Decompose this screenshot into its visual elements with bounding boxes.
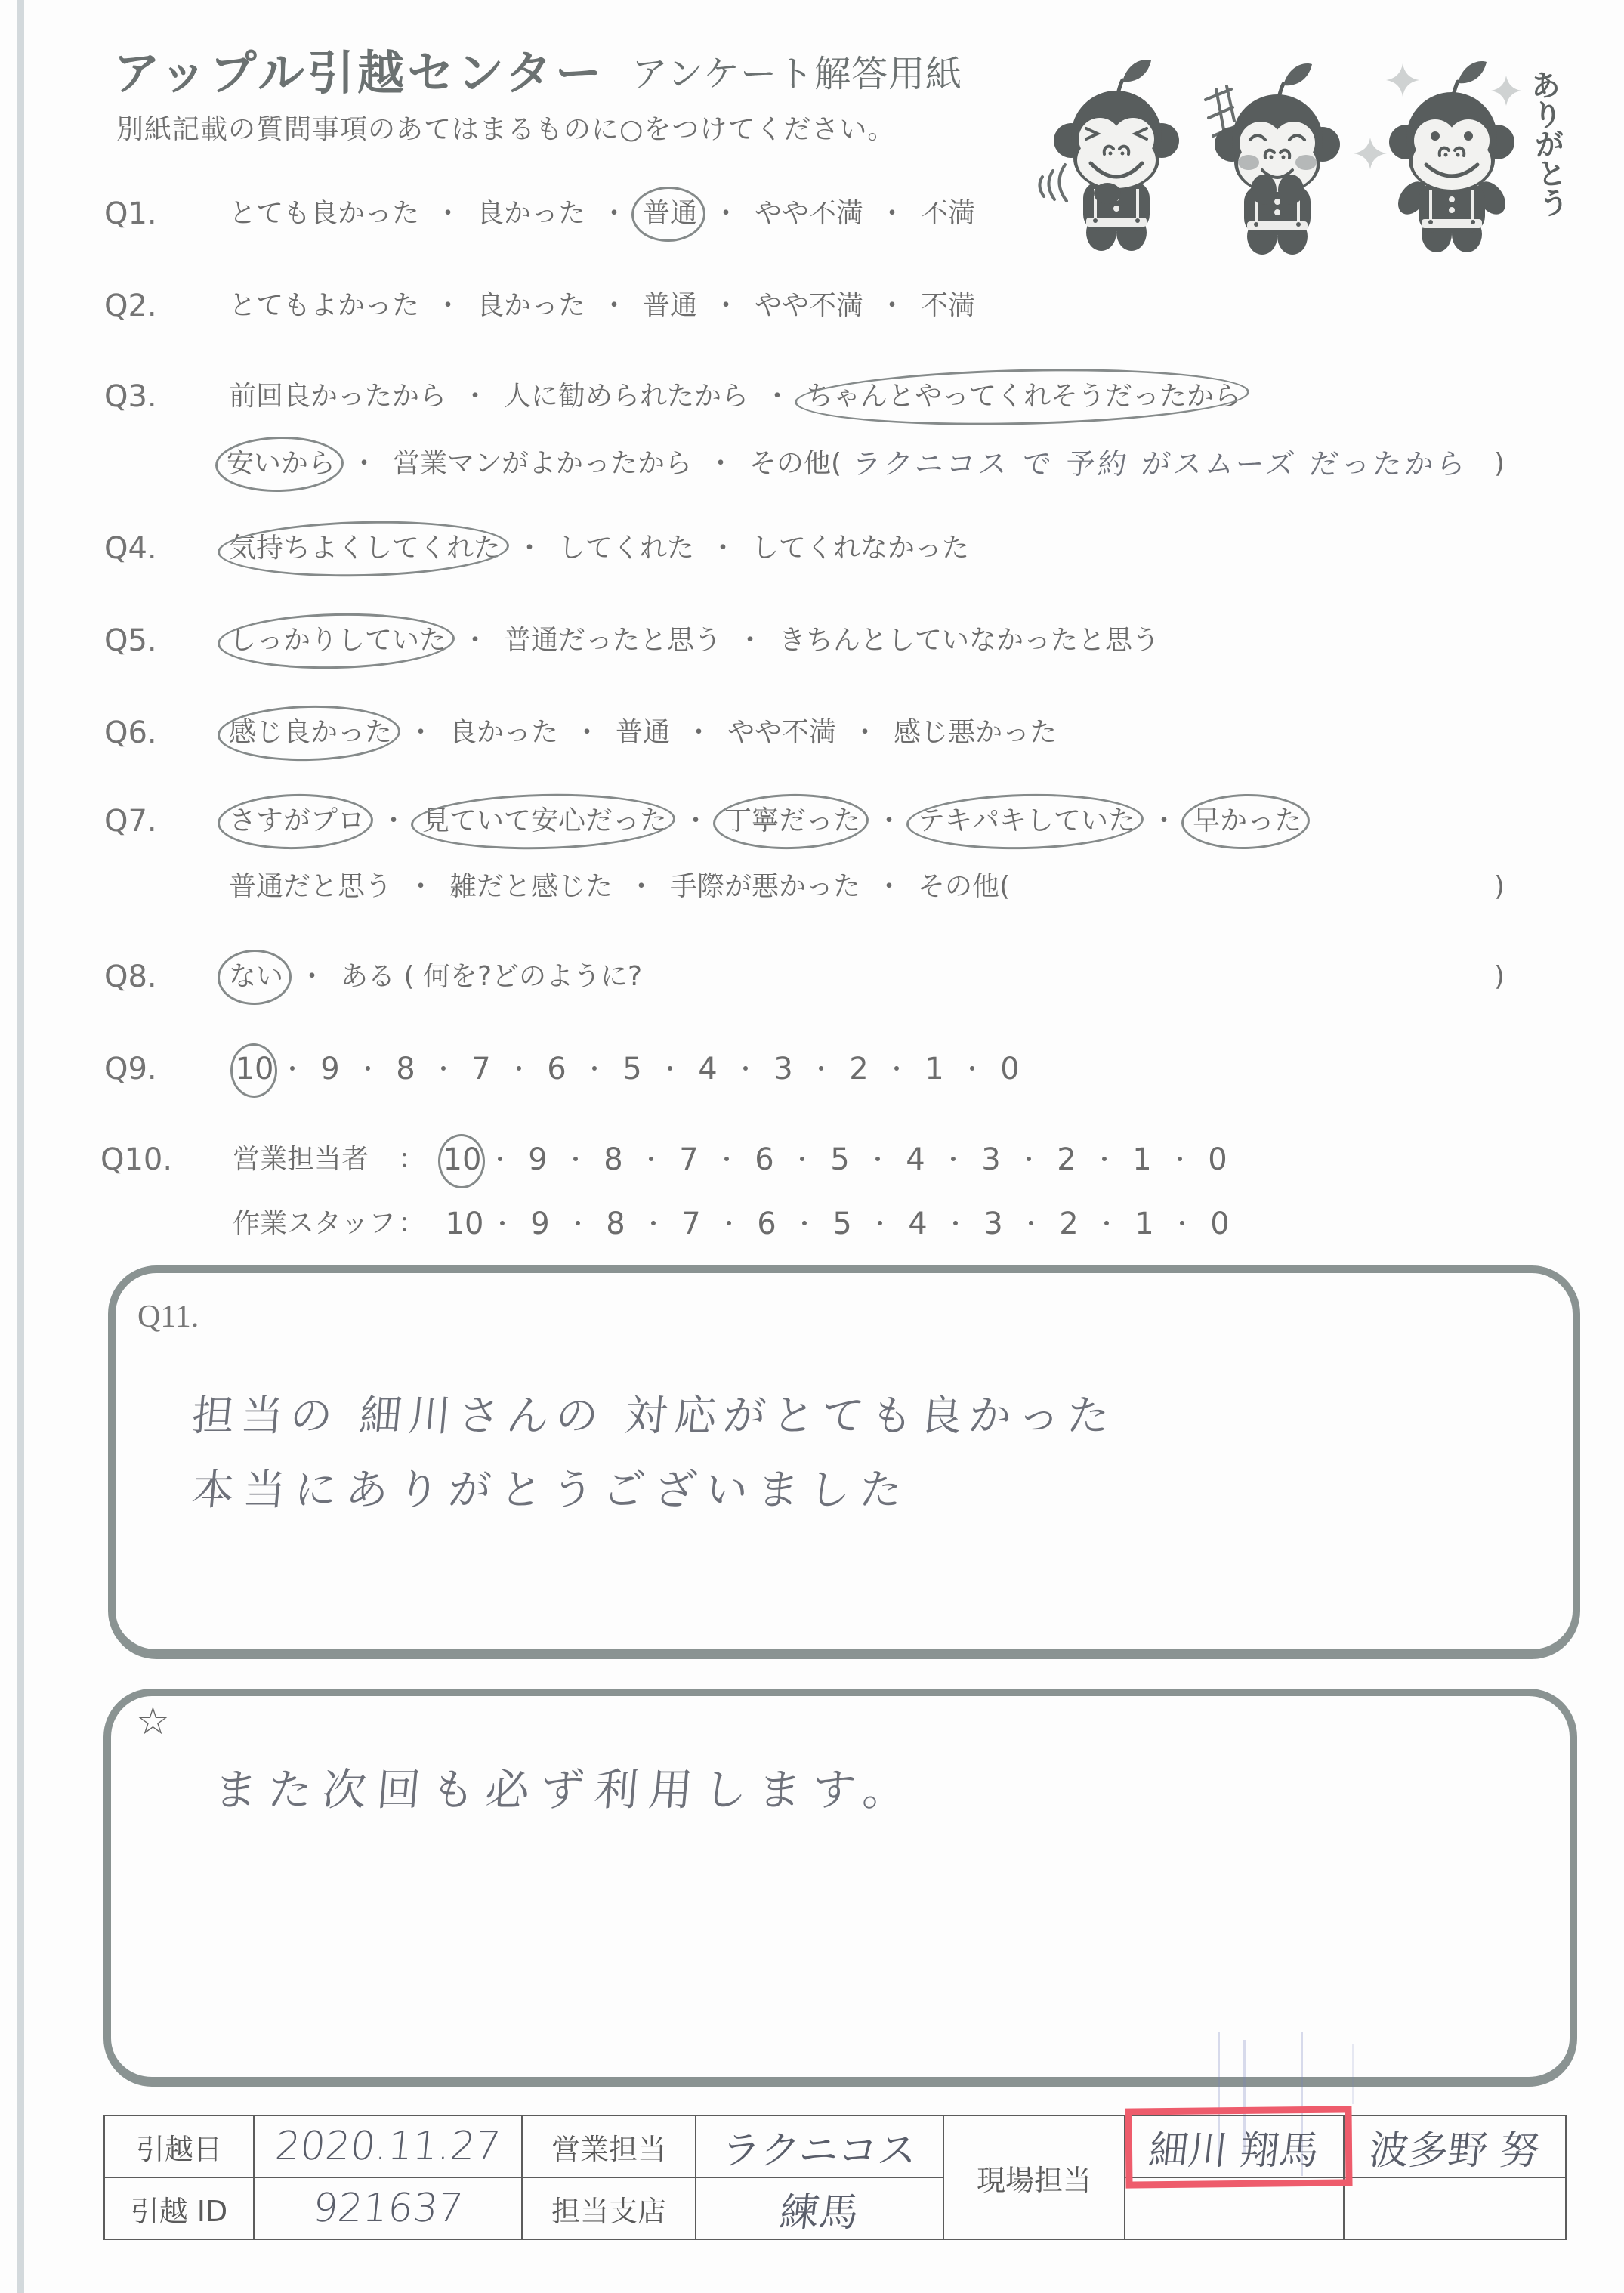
question-label: Q7.: [104, 799, 157, 844]
separator: ・: [1086, 1137, 1122, 1182]
separator: ・: [697, 283, 755, 329]
free-comment-box: [103, 1689, 1577, 2087]
q11-label: Q11.: [137, 1298, 199, 1336]
move-date-label: 引越日: [104, 2115, 254, 2177]
rating-value: 3: [971, 1137, 1011, 1182]
question-q10-sales: Q10. 営業担当者 ： 10 ・ 9 ・ 8 ・ 7 ・ 6 ・ 5 ・ 4 …: [0, 1137, 1624, 1182]
survey-sheet: アップル引越センター アンケート解答用紙 別紙記載の質問事項のあてはまるものに○…: [0, 0, 1624, 2293]
separator: ・: [392, 864, 449, 910]
option: 普通だったと思う: [504, 618, 721, 663]
rating-value: 8: [386, 1046, 425, 1092]
question-q5: Q5. しっかりしていた ・ 普通だったと思う ・ きちんとしていなかったと思う: [0, 618, 1624, 663]
separator: ・: [692, 441, 749, 487]
options: さすがプロ ・ 見ていて安心だった ・ 丁寧だった ・ テキパキしていた ・ 早…: [229, 799, 1301, 844]
rating-scale: 10 ・ 9 ・ 8 ・ 7 ・ 6 ・ 5 ・ 4 ・ 3 ・ 2 ・ 1 ・…: [443, 1137, 1237, 1182]
branch-label: 担当支店: [522, 2177, 696, 2239]
rating-value: 3: [974, 1201, 1013, 1247]
close-paren: ): [1494, 954, 1505, 1000]
rating-value: 10: [235, 1046, 274, 1092]
separator: ・: [878, 1046, 915, 1092]
field-staff-value: 波多野 努: [1341, 2115, 1570, 2177]
option: 安いから: [227, 441, 335, 487]
separator: ・: [863, 283, 921, 329]
option-other: ある ( 何を?どのように?: [341, 954, 642, 1000]
options: 感じ良かった ・ 良かった ・ 普通 ・ やや不満 ・ 感じ悪かった: [229, 710, 1057, 756]
rating-value: 5: [820, 1137, 860, 1182]
rating-value: 0: [990, 1046, 1030, 1092]
separator: ・: [419, 191, 477, 236]
question-label: Q5.: [104, 618, 157, 663]
rating-value: 6: [537, 1046, 576, 1092]
question-q4: Q4. 気持ちよくしてくれた ・ してくれた ・ してくれなかった: [0, 526, 1624, 571]
rating-value: 1: [915, 1046, 954, 1092]
rating-value: 7: [462, 1046, 501, 1092]
branch-value: 練馬: [693, 2177, 947, 2239]
option: 普通: [643, 283, 697, 329]
question-q2: Q2. とてもよかった ・ 良かった ・ 普通 ・ やや不満 ・ 不満: [0, 283, 1624, 329]
options: とてもよかった ・ 良かった ・ 普通 ・ やや不満 ・ 不満: [229, 283, 975, 329]
option: とてもよかった: [229, 283, 419, 329]
rating-value: 5: [823, 1201, 862, 1247]
option: やや不満: [727, 710, 836, 756]
colon: ：: [398, 1201, 425, 1247]
question-q7-continued: 普通だと思う ・ 雑だと感じた ・ 手際が悪かった ・ その他( ): [0, 864, 1624, 910]
rating-value: 8: [594, 1137, 633, 1182]
separator: ・: [860, 864, 918, 910]
brand-title: アップル引越センター: [113, 45, 605, 102]
separator: ・: [446, 618, 504, 663]
options: しっかりしていた ・ 普通だったと思う ・ きちんとしていなかったと思う: [229, 618, 1159, 663]
separator: ・: [803, 1046, 839, 1092]
question-label: Q10.: [100, 1137, 172, 1182]
question-q3: Q3. 前回良かったから ・ 人に勧められたから ・ ちゃんとやってくれそうだっ…: [0, 374, 1624, 419]
rating-value: 9: [518, 1137, 557, 1182]
rating-value: 2: [839, 1046, 878, 1092]
separator: ・: [954, 1046, 990, 1092]
separator: ・: [283, 954, 341, 1000]
scan-artifact: [1352, 2044, 1354, 2104]
separator: ・: [697, 191, 755, 236]
separator: ・: [484, 1201, 520, 1247]
rating-value: 7: [669, 1137, 709, 1182]
options: 気持ちよくしてくれた ・ してくれた ・ してくれなかった: [229, 526, 969, 571]
question-label: Q1.: [104, 191, 157, 236]
separator: ・: [863, 191, 921, 236]
question-q10-staff: 作業スタッフ ： 10 ・ 9 ・ 8 ・ 7 ・ 6 ・ 5 ・ 4 ・ 3 …: [0, 1201, 1624, 1247]
separator: ・: [1013, 1201, 1049, 1247]
close-paren: ): [1494, 864, 1505, 910]
rating-value: 2: [1049, 1201, 1088, 1247]
document-title: アンケート解答用紙: [631, 51, 962, 97]
option: 普通だと思う: [229, 864, 392, 910]
rating-value: 10: [443, 1137, 482, 1182]
option: 雑だと感じた: [449, 864, 613, 910]
option-other: その他(: [918, 864, 1010, 910]
option: 不満: [921, 191, 975, 236]
rating-target-label: 作業スタッフ: [233, 1201, 396, 1247]
options: 安いから ・ 営業マンがよかったから ・ その他( ラクニコス で 予約 がスム…: [227, 441, 1468, 487]
rating-value: 9: [310, 1046, 350, 1092]
option: やや不満: [755, 191, 863, 236]
rating-value: 5: [613, 1046, 652, 1092]
option: 前回良かったから: [229, 374, 446, 419]
rating-scale: 10 ・ 9 ・ 8 ・ 7 ・ 6 ・ 5 ・ 4 ・ 3 ・ 2 ・ 1 ・…: [445, 1201, 1240, 1247]
instruction-text: 別紙記載の質問事項のあてはまるものに○をつけてください。: [116, 113, 895, 147]
separator: ・: [482, 1137, 518, 1182]
separator: ・: [1164, 1201, 1200, 1247]
options: 普通だと思う ・ 雑だと感じた ・ 手際が悪かった ・ その他(: [229, 864, 1010, 910]
sales-rep-value: ラクニコス: [693, 2115, 947, 2177]
question-q7: Q7. さすがプロ ・ 見ていて安心だった ・ 丁寧だった ・ テキパキしていた…: [0, 799, 1624, 844]
separator: ・: [1088, 1201, 1125, 1247]
handwritten-other-answer: ラクニコス で 予約 がスムーズ だったから: [850, 441, 1471, 487]
handwritten-comment-line: 本当にありがとうございました: [190, 1468, 912, 1513]
separator: ・: [350, 1046, 386, 1092]
close-paren: ): [1494, 441, 1505, 487]
option: 感じ悪かった: [894, 710, 1057, 756]
rating-value: 0: [1200, 1201, 1240, 1247]
question-q9: Q9. 10 ・ 9 ・ 8 ・ 7 ・ 6 ・ 5 ・ 4 ・ 3 ・ 2 ・…: [0, 1046, 1624, 1092]
separator: ・: [425, 1046, 462, 1092]
colon: ：: [398, 1137, 425, 1182]
separator: ・: [557, 1137, 594, 1182]
option: ない: [229, 954, 283, 1000]
rating-value: 1: [1125, 1201, 1164, 1247]
separator: ・: [576, 1046, 613, 1092]
option: ちゃんとやってくれそうだったから: [806, 374, 1241, 419]
move-id-label: 引越 ID: [104, 2177, 254, 2239]
separator: ・: [635, 1201, 672, 1247]
question-label: Q3.: [104, 374, 157, 419]
separator: ・: [585, 283, 643, 329]
rating-value: 4: [898, 1201, 937, 1247]
separator: ・: [711, 1201, 747, 1247]
field-staff-label: 現場担当: [943, 2115, 1125, 2239]
rating-target-label: 営業担当者: [233, 1137, 369, 1182]
option: 良かった: [477, 191, 585, 236]
rating-value: 9: [520, 1201, 560, 1247]
rating-value: 7: [672, 1201, 711, 1247]
question-label: Q8.: [104, 954, 157, 1000]
separator: ・: [335, 441, 393, 487]
separator: ・: [694, 526, 752, 571]
question-label: Q6.: [104, 710, 157, 756]
separator: ・: [613, 864, 670, 910]
option: 良かった: [477, 283, 585, 329]
separator: ・: [862, 1201, 898, 1247]
option: 見ていて安心だった: [422, 799, 667, 844]
options: 前回良かったから ・ 人に勧められたから ・ ちゃんとやってくれそうだったから: [229, 374, 1241, 419]
question-label: Q4.: [104, 526, 157, 571]
separator: ・: [501, 1046, 537, 1092]
rating-value: 4: [896, 1137, 935, 1182]
separator: ・: [709, 1137, 745, 1182]
separator: ・: [836, 710, 894, 756]
option: やや不満: [755, 283, 863, 329]
separator: ・: [558, 710, 616, 756]
option: してくれなかった: [752, 526, 969, 571]
question-label: Q9.: [104, 1046, 157, 1092]
star-icon: ☆: [136, 1700, 170, 1742]
separator: ・: [860, 1137, 896, 1182]
rating-value: 4: [688, 1046, 727, 1092]
separator: ・: [501, 526, 558, 571]
option: テキパキしていた: [918, 799, 1135, 844]
option: 気持ちよくしてくれた: [229, 526, 501, 571]
option: してくれた: [558, 526, 694, 571]
separator: ・: [721, 618, 779, 663]
option: さすがプロ: [229, 799, 365, 844]
separator: ・: [392, 710, 449, 756]
rating-value: 0: [1198, 1137, 1237, 1182]
separator: ・: [937, 1201, 974, 1247]
option: きちんとしていなかったと思う: [779, 618, 1159, 663]
separator: ・: [935, 1137, 971, 1182]
option: 手際が悪かった: [670, 864, 860, 910]
rating-scale: 10 ・ 9 ・ 8 ・ 7 ・ 6 ・ 5 ・ 4 ・ 3 ・ 2 ・ 1 ・…: [235, 1046, 1030, 1092]
options: とても良かった ・ 良かった ・ 普通 ・ やや不満 ・ 不満: [229, 191, 975, 236]
separator: ・: [274, 1046, 310, 1092]
separator: ・: [652, 1046, 688, 1092]
separator: ・: [1162, 1137, 1198, 1182]
move-date-value: 2020.11.27: [251, 2115, 526, 2177]
option: しっかりしていた: [229, 618, 446, 663]
rating-value: 8: [596, 1201, 635, 1247]
question-q3-continued: 安いから ・ 営業マンがよかったから ・ その他( ラクニコス で 予約 がスム…: [0, 441, 1624, 487]
field-staff-empty-cell: [1341, 2177, 1570, 2239]
question-q8: Q8. ない ・ ある ( 何を?どのように? ): [0, 954, 1624, 1000]
option: 普通: [616, 710, 670, 756]
option: 丁寧だった: [724, 799, 860, 844]
separator: ・: [786, 1201, 823, 1247]
option: 普通: [643, 191, 697, 236]
sales-rep-label: 営業担当: [522, 2115, 696, 2177]
separator: ・: [670, 710, 727, 756]
separator: ・: [446, 374, 504, 419]
rating-value: 6: [745, 1137, 784, 1182]
separator: ・: [784, 1137, 820, 1182]
rating-value: 3: [764, 1046, 803, 1092]
rating-value: 10: [445, 1201, 484, 1247]
question-q6: Q6. 感じ良かった ・ 良かった ・ 普通 ・ やや不満 ・ 感じ悪かった: [0, 710, 1624, 756]
separator: ・: [727, 1046, 764, 1092]
separator: ・: [1011, 1137, 1047, 1182]
options: ない ・ ある ( 何を?どのように?: [229, 954, 642, 1000]
rating-value: 6: [747, 1201, 786, 1247]
rating-value: 2: [1047, 1137, 1086, 1182]
move-id-value: 921637: [251, 2177, 526, 2239]
question-label: Q2.: [104, 283, 157, 329]
option: 人に勧められたから: [504, 374, 749, 419]
option-other: その他(: [749, 441, 841, 487]
option: 感じ良かった: [229, 710, 392, 756]
option: 早かった: [1193, 799, 1301, 844]
rating-value: 1: [1122, 1137, 1162, 1182]
option: 良かった: [449, 710, 558, 756]
separator: ・: [419, 283, 477, 329]
option: とても良かった: [229, 191, 419, 236]
option: 営業マンがよかったから: [393, 441, 692, 487]
handwritten-comment-line: 担当の 細川さんの 対応がとても良かった: [190, 1394, 1118, 1439]
separator: ・: [633, 1137, 669, 1182]
q11-comment-box: [108, 1265, 1580, 1659]
question-q1: Q1. とても良かった ・ 良かった ・ 普通 ・ やや不満 ・ 不満: [0, 191, 1624, 236]
handwritten-free-comment: また次回も必ず利用します。: [211, 1767, 919, 1812]
separator: ・: [560, 1201, 596, 1247]
option: 不満: [921, 283, 975, 329]
red-highlight-box: [1125, 2106, 1352, 2188]
